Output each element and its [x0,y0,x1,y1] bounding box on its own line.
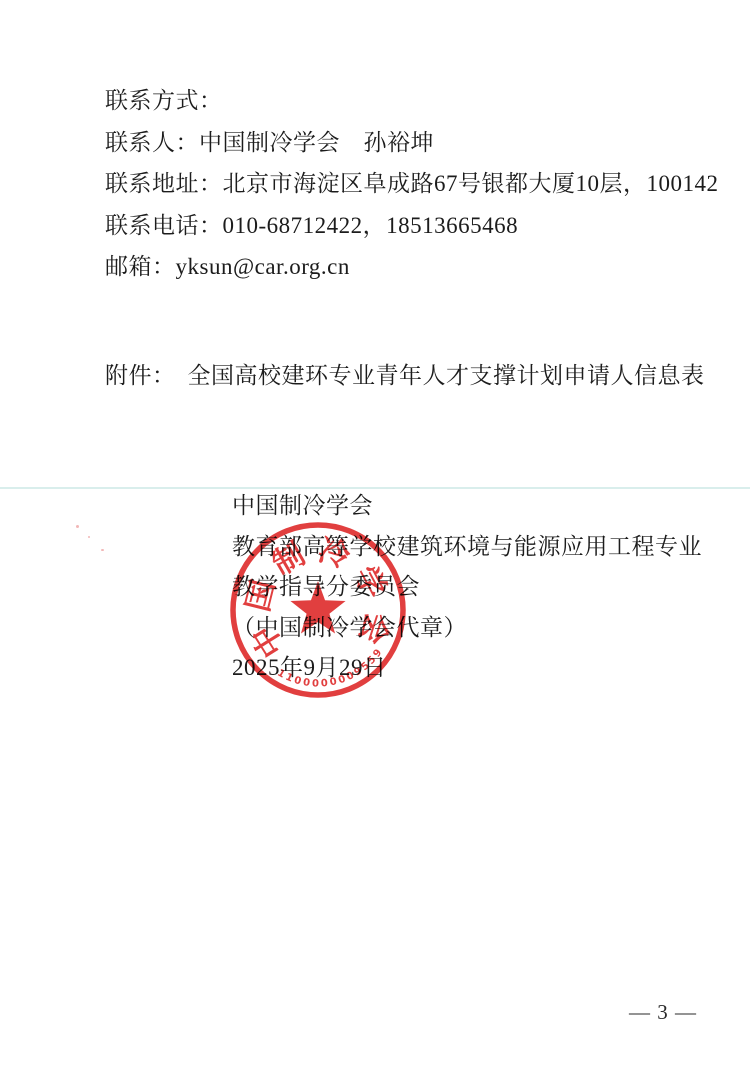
svg-text:0: 0 [312,678,319,689]
attachment-line: 附件： 全国高校建环专业青年人才支撑计划申请人信息表 [105,361,725,391]
svg-text:0: 0 [320,678,328,690]
svg-text:冷: 冷 [315,532,354,574]
contact-person-line: 联系人：中国制冷学会 孙裕坤 [105,122,725,164]
contact-heading: 联系方式： [105,80,725,122]
svg-text:会: 会 [353,608,396,648]
stamp-speckle [88,536,90,538]
official-seal-stamp: 中国制冷学会 1100000009559 [228,520,408,700]
svg-text:0: 0 [293,675,303,688]
contact-email-line: 邮箱：yksun@car.org.cn [105,246,725,288]
attachment-block: 附件： 全国高校建环专业青年人才支撑计划申请人信息表 [105,361,725,391]
svg-text:0: 0 [329,676,338,688]
contact-phone-line: 联系电话：010-68712422，18513665468 [105,205,725,247]
svg-text:制: 制 [266,536,310,582]
red-star-icon [290,581,345,633]
svg-text:中: 中 [245,619,291,664]
scanned-document-page: 联系方式： 联系人：中国制冷学会 孙裕坤 联系地址：北京市海淀区阜成路67号银都… [0,0,750,1091]
seal-code-text: 1100000009559 [275,647,384,689]
stamp-speckle [76,525,79,528]
contact-address-line: 联系地址：北京市海淀区阜成路67号银都大厦10层，100142 [105,163,725,205]
svg-text:国: 国 [240,576,281,615]
stamp-speckle [101,549,104,551]
svg-text:学: 学 [347,560,392,604]
contact-info-block: 联系方式： 联系人：中国制冷学会 孙裕坤 联系地址：北京市海淀区阜成路67号银都… [105,80,725,288]
page-number: — 3 — [629,1000,697,1025]
svg-text:0: 0 [302,677,311,689]
